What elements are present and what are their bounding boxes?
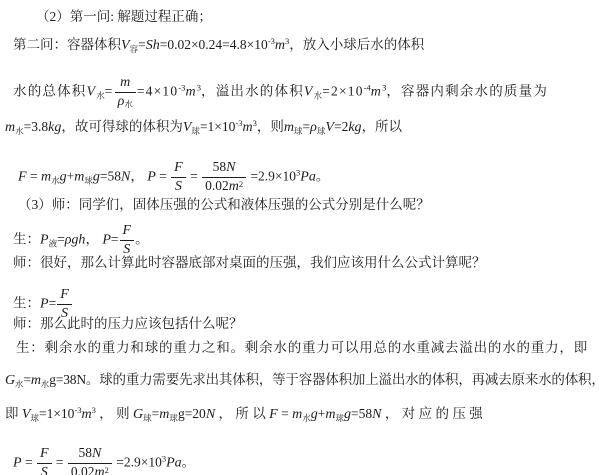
math-subscript: 球	[84, 175, 93, 185]
math-roman: 58	[78, 445, 92, 460]
text-run: 第二问：容器体积	[13, 37, 121, 52]
math-variable: V	[325, 120, 334, 135]
math-variable: m	[292, 407, 302, 422]
document-line-10: 师：那么此时的压力应该包括什么呢？	[13, 315, 243, 332]
text-run: ，所以	[362, 119, 403, 134]
fraction-numerator: F	[37, 446, 52, 463]
math-subscript: 水	[15, 126, 24, 136]
math-fraction: FS	[37, 446, 52, 475]
math-roman: =1×10	[39, 406, 74, 421]
math-variable: m	[5, 120, 15, 135]
document-line-14: P = FS = 58N0.02m2 =2.9×103Pa。	[13, 446, 195, 475]
text-run: 。球的重力需要先求出其体积，等于容器体积加上溢出水的体积，再减去原来水的体积，	[86, 372, 599, 387]
math-fraction: 58N0.02m2	[68, 446, 112, 475]
fraction-numerator: 58N	[202, 160, 246, 177]
math-variable: m	[229, 179, 239, 194]
math-variable: g	[93, 169, 100, 184]
math-roman: =	[49, 295, 57, 310]
math-roman: =	[27, 168, 41, 183]
math-variable: m	[185, 84, 196, 99]
fraction-numerator: F	[171, 160, 186, 177]
text-run: 。	[135, 231, 149, 246]
math-variable: N	[121, 169, 130, 184]
math-superscript: -3	[268, 36, 275, 46]
text-run: ，放入小球后水的体积	[289, 37, 424, 52]
math-variable: F	[269, 407, 278, 422]
math-variable: F	[174, 160, 183, 175]
math-subscript: 球	[30, 413, 39, 423]
math-variable: m	[284, 120, 294, 135]
math-roman: =	[187, 168, 201, 183]
math-fraction: FS	[171, 160, 186, 194]
math-roman: =4×10	[137, 83, 178, 98]
math-roman: =58	[100, 168, 121, 183]
text-run: 师：那么此时的压力应该包括什么呢？	[13, 316, 243, 331]
math-variable: N	[92, 446, 101, 461]
math-variable: N	[226, 160, 235, 175]
math-variable: m	[31, 373, 41, 388]
math-roman: 0.02	[205, 178, 229, 193]
math-variable: kg	[348, 120, 361, 135]
math-subscript: 水	[124, 99, 133, 109]
math-variable: F	[60, 287, 69, 302]
math-roman: =	[53, 454, 67, 469]
math-subscript: 球	[191, 126, 200, 136]
math-roman: =	[156, 168, 170, 183]
text-run: ， 则	[96, 406, 133, 421]
math-roman: =	[278, 406, 292, 421]
math-variable: P	[102, 232, 111, 247]
text-run: ，	[130, 168, 147, 183]
text-run: ，溢出水的体积	[201, 83, 304, 98]
math-variable: g	[344, 407, 351, 422]
text-run: 。	[182, 454, 196, 469]
fraction-numerator: m	[115, 75, 136, 92]
math-subscript: 水	[51, 175, 60, 185]
math-roman: =2.9×10	[113, 454, 162, 469]
math-variable: m	[95, 465, 105, 475]
document-line-3: 水的总体积V水=mρ水=4×10-3m3，溢出水的体积V水=2×10-4m3，容…	[13, 75, 548, 109]
text-run: ， 所 以	[215, 406, 269, 421]
math-variable: m	[74, 169, 84, 184]
math-roman: =	[57, 231, 65, 246]
fraction-denominator: S	[171, 177, 186, 195]
text-run: （2）第一问: 解题过程正确；	[36, 9, 212, 24]
math-subscript: 球	[143, 413, 152, 423]
math-variable: m	[371, 84, 382, 99]
math-variable: V	[87, 84, 97, 99]
math-roman: 0.02	[71, 464, 95, 475]
math-variable: m	[275, 38, 285, 53]
math-variable: m	[120, 75, 130, 90]
math-superscript: 2	[105, 465, 109, 475]
math-superscript: -4	[364, 82, 371, 92]
text-run: ，故可得球的体积为	[61, 119, 183, 134]
text-run: ，容器内剩余水的质量为	[386, 83, 548, 98]
math-superscript: -3	[74, 405, 81, 415]
math-subscript: 水	[314, 90, 323, 100]
document-line-13: 即 V球=1×10-3m3 ， 则 G球=m球g=20N ， 所 以 F = m…	[5, 402, 483, 427]
math-roman: =	[22, 454, 36, 469]
math-roman: =58	[351, 406, 372, 421]
math-roman: =	[111, 231, 119, 246]
math-fraction: 58N0.02m2	[202, 160, 246, 194]
text-run: 。	[316, 168, 330, 183]
math-variable: P	[40, 232, 49, 247]
math-variable: V	[121, 38, 130, 53]
math-variable: N	[206, 407, 215, 422]
math-roman: =	[138, 37, 146, 52]
math-subscript: 水	[96, 90, 105, 100]
math-roman: g=20	[178, 406, 206, 421]
math-roman: g=38N	[49, 372, 86, 387]
math-roman: =2.9×10	[247, 168, 296, 183]
math-subscript: 液	[49, 238, 58, 248]
document-line-6: （3）师：同学们，固体压强的公式和液体压强的公式分别是什么呢？	[18, 196, 430, 213]
document-line-1: （2）第一问: 解题过程正确；	[36, 8, 212, 25]
math-roman: =2×10	[322, 83, 363, 98]
fraction-numerator: 58N	[68, 446, 112, 463]
math-variable: ρ	[310, 120, 317, 135]
text-run: 生：剩余水的重力和球的重力之和。剩余水的重力可以用总的水重减去溢出的水的重力，即	[16, 340, 588, 355]
math-subscript: 容	[130, 44, 139, 54]
math-roman: =	[303, 119, 311, 134]
document-line-7: 生：P液=ρgh， P=FS。	[13, 223, 149, 257]
math-variable: S	[175, 179, 182, 194]
math-roman: =3.8	[24, 119, 49, 134]
math-variable: P	[40, 296, 49, 311]
math-roman: =2	[334, 119, 348, 134]
math-variable: m	[82, 407, 92, 422]
math-variable: kg	[48, 120, 61, 135]
math-roman: =1×10	[200, 119, 235, 134]
math-variable: g	[311, 407, 318, 422]
text-run: 生：	[13, 295, 40, 310]
math-variable: m	[41, 169, 51, 184]
text-run: ，则	[257, 119, 284, 134]
fraction-denominator: S	[37, 463, 52, 475]
fraction-denominator: 0.02m2	[202, 177, 246, 195]
text-run: 即	[5, 406, 22, 421]
math-roman: 58	[213, 159, 227, 174]
math-fraction: mρ水	[115, 75, 136, 109]
fraction-denominator: ρ水	[115, 92, 136, 110]
document-page: （2）第一问: 解题过程正确；第二问：容器体积V容=Sh=0.02×0.24=4…	[0, 0, 599, 475]
math-subscript: 球	[294, 126, 303, 136]
math-variable: G	[5, 373, 15, 388]
document-line-11: 生：剩余水的重力和球的重力之和。剩余水的重力可以用总的水重减去溢出的水的重力，即	[16, 339, 588, 356]
math-roman: =0.02×0.24=4.8×10	[160, 37, 268, 52]
math-variable: ρgh	[65, 232, 86, 247]
document-line-2: 第二问：容器体积V容=Sh=0.02×0.24=4.8×10-3m3，放入小球后…	[13, 33, 424, 58]
math-superscript: 2	[239, 179, 243, 189]
text-run: 师：很好，那么计算此时容器底部对桌面的压强，我们应该用什么公式计算呢？	[13, 255, 486, 270]
math-variable: Pa	[300, 169, 316, 184]
text-run: ， 对 应 的 压 强	[381, 406, 482, 421]
math-variable: S	[41, 465, 48, 475]
fraction-numerator: F	[57, 287, 72, 304]
math-variable: V	[304, 84, 314, 99]
text-run: ，	[85, 231, 102, 246]
math-roman: =	[105, 83, 114, 98]
math-variable: G	[133, 407, 143, 422]
document-line-12: G水=m水g=38N。球的重力需要先求出其体积，等于容器体积加上溢出水的体积，再…	[5, 371, 599, 393]
math-variable: F	[40, 446, 49, 461]
text-run: 生：	[13, 231, 40, 246]
math-variable: m	[325, 407, 335, 422]
math-roman: =	[23, 372, 30, 387]
math-subscript: 球	[335, 413, 344, 423]
math-variable: Pa	[166, 455, 182, 470]
math-variable: m	[159, 407, 169, 422]
document-line-8: 师：很好，那么计算此时容器底部对桌面的压强，我们应该用什么公式计算呢？	[13, 254, 486, 271]
math-variable: m	[243, 120, 253, 135]
math-variable: F	[123, 223, 132, 238]
math-variable: g	[60, 169, 67, 184]
text-run: （3）师：同学们，固体压强的公式和液体压强的公式分别是什么呢？	[18, 197, 430, 212]
document-line-4: m水=3.8kg，故可得球的体积为V球=1×10-3m3，则m球=ρ球V=2kg…	[5, 115, 402, 140]
math-subscript: 水	[302, 413, 311, 423]
fraction-numerator: F	[120, 223, 135, 240]
math-variable: F	[18, 169, 27, 184]
math-variable: Sh	[146, 38, 160, 53]
fraction-denominator: 0.02m2	[68, 463, 112, 475]
math-superscript: -3	[235, 118, 242, 128]
text-run: 水的总体积	[13, 83, 87, 98]
document-line-5: F = m水g+m球g=58N， P = FS = 58N0.02m2 =2.9…	[18, 160, 329, 194]
math-variable: P	[147, 169, 156, 184]
math-variable: P	[13, 455, 22, 470]
math-subscript: 球	[169, 413, 178, 423]
math-fraction: FS	[120, 223, 135, 257]
